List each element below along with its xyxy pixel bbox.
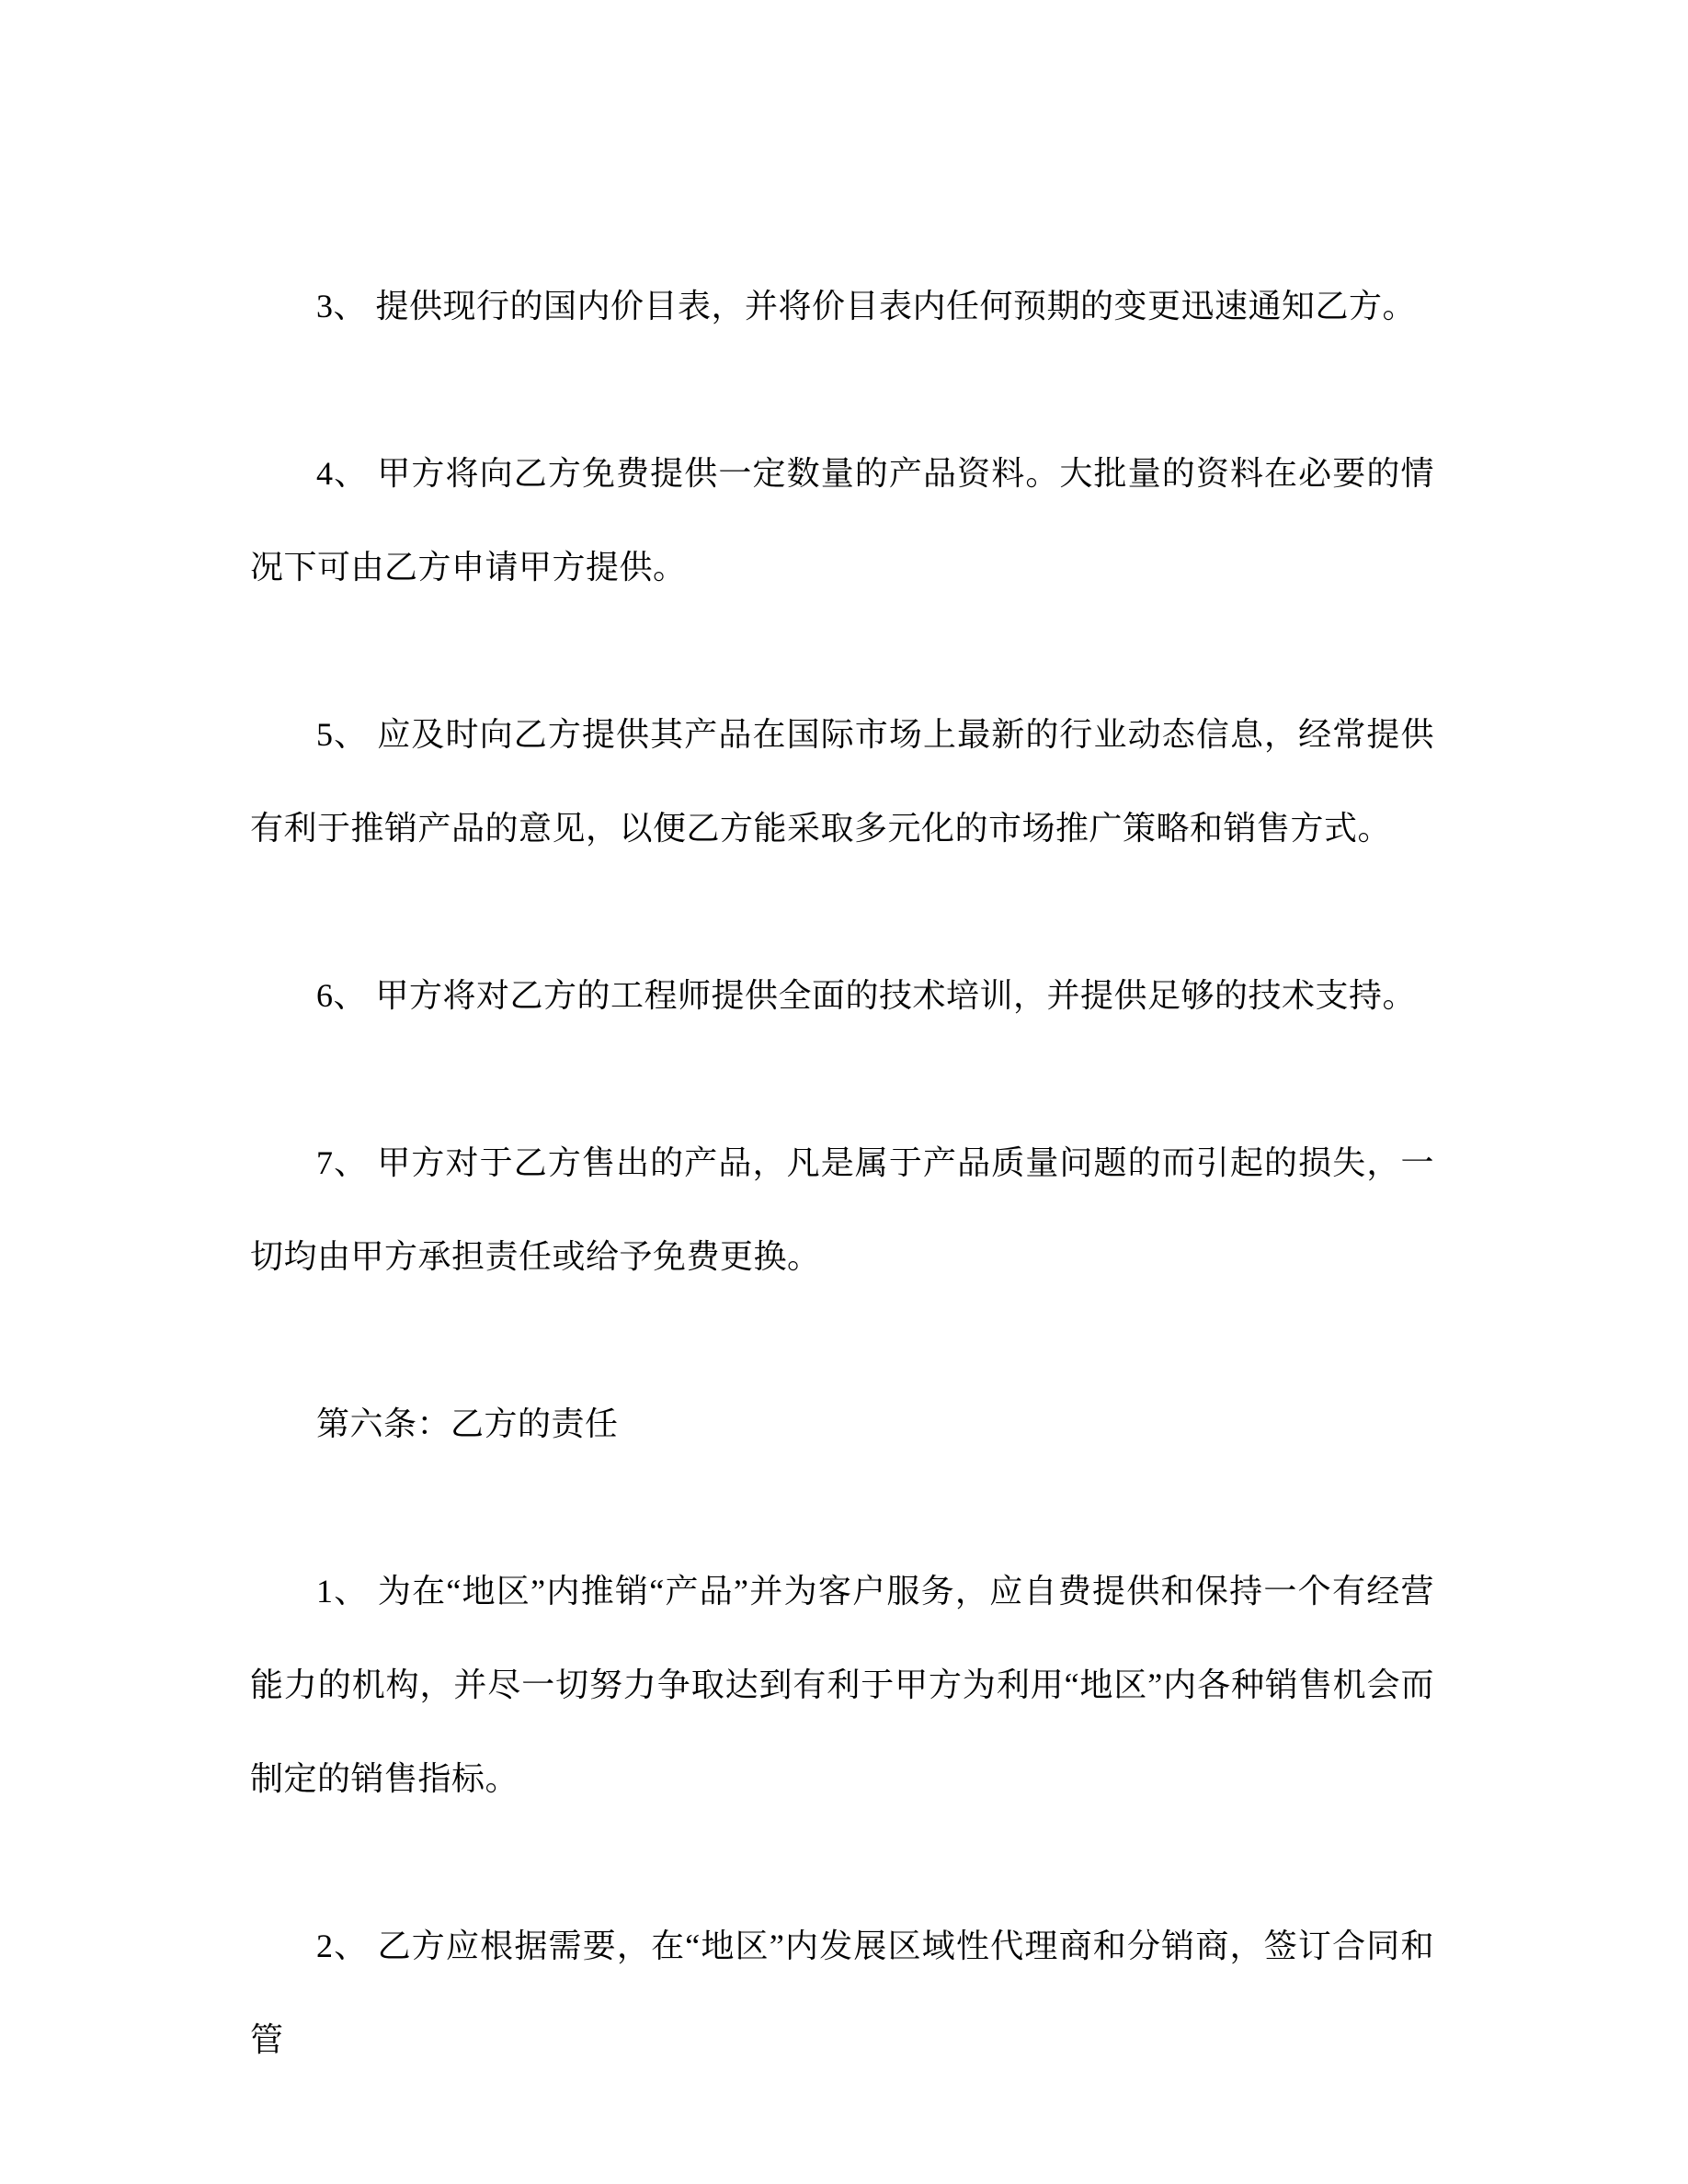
clause-item-6: 6、 甲方将对乙方的工程师提供全面的技术培训，并提供足够的技术支持。	[250, 949, 1434, 1042]
clause-item-5: 5、 应及时向乙方提供其产品在国际市场上最新的行业动态信息，经常提供有利于推销产…	[250, 688, 1434, 875]
clause-item-2: 2、 乙方应根据需要，在“地区”内发展区域性代理商和分销商，签订合同和管	[250, 1899, 1434, 2087]
clause-item-4: 4、 甲方将向乙方免费提供一定数量的产品资料。大批量的资料在必要的情况下可由乙方…	[250, 427, 1434, 614]
document-page: 3、 提供现行的国内价目表，并将价目表内任何预期的变更迅速通知乙方。 4、 甲方…	[0, 0, 1688, 2184]
document-body: 3、 提供现行的国内价目表，并将价目表内任何预期的变更迅速通知乙方。 4、 甲方…	[250, 259, 1434, 2087]
clause-item-7: 7、 甲方对于乙方售出的产品，凡是属于产品质量问题的而引起的损失，一切均由甲方承…	[250, 1116, 1434, 1303]
article-6-heading: 第六条：乙方的责任	[250, 1377, 1434, 1471]
clause-item-1: 1、 为在“地区”内推销“产品”并为客户服务，应自费提供和保持一个有经营能力的机…	[250, 1544, 1434, 1826]
clause-item-3: 3、 提供现行的国内价目表，并将价目表内任何预期的变更迅速通知乙方。	[250, 259, 1434, 353]
